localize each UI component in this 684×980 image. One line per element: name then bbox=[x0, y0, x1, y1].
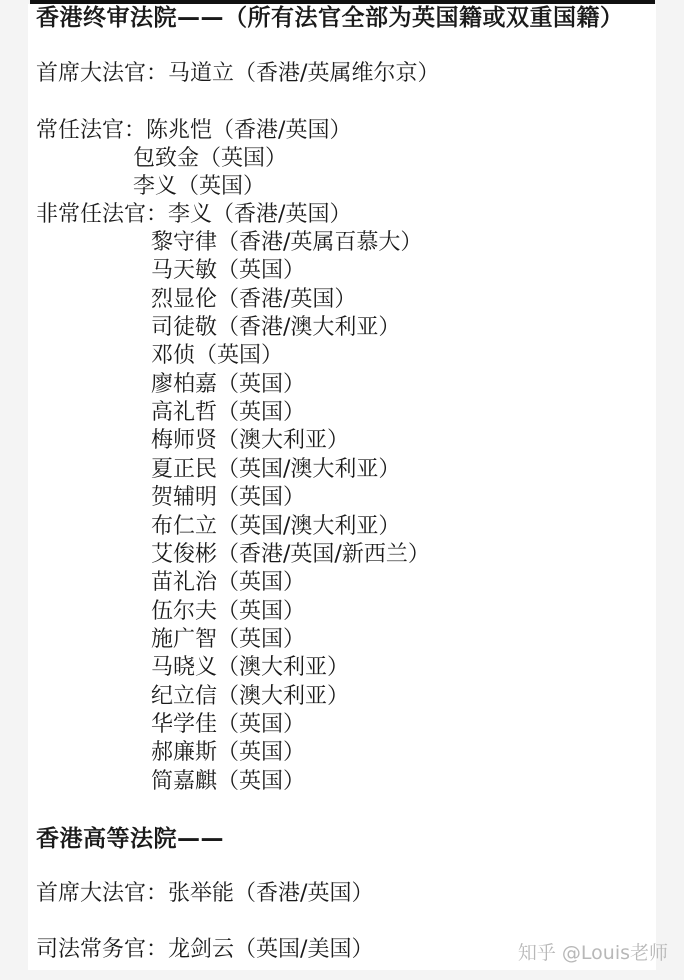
non-permanent-judge-row: 夏正民（英国/澳大利亚） bbox=[151, 456, 400, 484]
non-permanent-judge-row: 梅师贤（澳大利亚） bbox=[151, 427, 349, 455]
non-permanent-judge-row: 贺辅明（英国） bbox=[151, 484, 305, 512]
judge-nationality: （英国/美国） bbox=[234, 937, 373, 962]
judge-name: 黎守律 bbox=[151, 230, 217, 255]
judge-nationality: （英国） bbox=[217, 769, 305, 794]
non-permanent-judge-row: 司徒敬（香港/澳大利亚） bbox=[151, 314, 400, 342]
judge-name: 苗礼治 bbox=[151, 570, 217, 595]
judge-name: 简嘉麒 bbox=[151, 769, 217, 794]
non-permanent-judge-row: 烈显伦（香港/英国） bbox=[151, 286, 356, 314]
judge-nationality: （香港/英国） bbox=[212, 202, 351, 227]
judge-nationality: （英国） bbox=[217, 485, 305, 510]
hc-chief-judge-row: 首席大法官：张举能（香港/英国） bbox=[36, 880, 373, 908]
judge-nationality: （英国/澳大利亚） bbox=[217, 514, 400, 539]
judge-nationality: （香港/澳大利亚） bbox=[217, 315, 400, 340]
judge-nationality: （香港/英国） bbox=[234, 881, 373, 906]
judge-name: 龙剑云 bbox=[168, 937, 234, 962]
judge-name: 郝廉斯 bbox=[151, 740, 217, 765]
judge-nationality: （英国） bbox=[217, 258, 305, 283]
judge-name: 陈兆恺 bbox=[146, 118, 212, 143]
section-title-high-court: 香港高等法院—— bbox=[36, 825, 224, 853]
judge-nationality: （香港/英属百慕大） bbox=[217, 230, 422, 255]
judge-name: 李义 bbox=[133, 174, 177, 199]
role-label: 首席大法官： bbox=[36, 61, 168, 86]
judge-nationality: （英国） bbox=[217, 372, 305, 397]
permanent-judge-row: 包致金（英国） bbox=[133, 145, 287, 173]
role-label: 首席大法官： bbox=[36, 881, 168, 906]
judge-name: 梅师贤 bbox=[151, 428, 217, 453]
judge-name: 伍尔夫 bbox=[151, 599, 217, 624]
judge-nationality: （英国） bbox=[199, 146, 287, 171]
judge-name: 艾俊彬 bbox=[151, 542, 217, 567]
judge-name: 施广智 bbox=[151, 627, 217, 652]
judge-name: 包致金 bbox=[133, 146, 199, 171]
permanent-judge-row: 常任法官：陈兆恺（香港/英国） bbox=[36, 117, 351, 145]
judge-nationality: （英国） bbox=[217, 712, 305, 737]
judge-nationality: （英国） bbox=[217, 599, 305, 624]
judge-nationality: （英国） bbox=[217, 740, 305, 765]
non-permanent-judge-row: 马晓义（澳大利亚） bbox=[151, 654, 349, 682]
judge-nationality: （英国） bbox=[217, 627, 305, 652]
judge-name: 马道立 bbox=[168, 61, 234, 86]
judge-nationality: （香港/英属维尔京） bbox=[234, 61, 439, 86]
hc-registrar-row: 司法常务官：龙剑云（英国/美国） bbox=[36, 936, 373, 964]
judge-nationality: （澳大利亚） bbox=[217, 655, 349, 680]
judge-name: 华学佳 bbox=[151, 712, 217, 737]
judge-nationality: （英国） bbox=[195, 343, 283, 368]
judge-name: 廖柏嘉 bbox=[151, 372, 217, 397]
cfa-chief-justice-row: 首席大法官：马道立（香港/英属维尔京） bbox=[36, 60, 439, 88]
judge-name: 高礼哲 bbox=[151, 400, 217, 425]
judge-nationality: （英国/澳大利亚） bbox=[217, 457, 400, 482]
non-permanent-judge-row: 郝廉斯（英国） bbox=[151, 739, 305, 767]
non-permanent-judge-row: 纪立信（澳大利亚） bbox=[151, 683, 349, 711]
judge-name: 纪立信 bbox=[151, 684, 217, 709]
judge-nationality: （澳大利亚） bbox=[217, 684, 349, 709]
non-permanent-judge-row: 邓侦（英国） bbox=[151, 342, 283, 370]
judge-name: 李义 bbox=[168, 202, 212, 227]
judge-name: 马晓义 bbox=[151, 655, 217, 680]
judge-name: 马天敏 bbox=[151, 258, 217, 283]
judge-name: 布仁立 bbox=[151, 514, 217, 539]
judge-name: 烈显伦 bbox=[151, 287, 217, 312]
judge-nationality: （香港/英国） bbox=[212, 118, 351, 143]
judge-name: 邓侦 bbox=[151, 343, 195, 368]
judge-name: 司徒敬 bbox=[151, 315, 217, 340]
permanent-judge-row: 李义（英国） bbox=[133, 173, 265, 201]
judge-nationality: （澳大利亚） bbox=[217, 428, 349, 453]
role-label: 司法常务官： bbox=[36, 937, 168, 962]
zhihu-watermark: 知乎 @Louis老师 bbox=[518, 938, 668, 965]
judge-name: 张举能 bbox=[168, 881, 234, 906]
judge-name: 贺辅明 bbox=[151, 485, 217, 510]
judge-name: 夏正民 bbox=[151, 457, 217, 482]
judge-nationality: （香港/英国/新西兰） bbox=[217, 542, 430, 567]
role-label: 非常任法官： bbox=[36, 202, 168, 227]
non-permanent-judge-row: 廖柏嘉（英国） bbox=[151, 371, 305, 399]
non-permanent-judge-row: 布仁立（英国/澳大利亚） bbox=[151, 513, 400, 541]
non-permanent-judge-row: 华学佳（英国） bbox=[151, 711, 305, 739]
judge-nationality: （英国） bbox=[217, 570, 305, 595]
non-permanent-judge-row: 简嘉麒（英国） bbox=[151, 768, 305, 796]
non-permanent-judge-row: 非常任法官：李义（香港/英国） bbox=[36, 201, 351, 229]
judge-nationality: （香港/英国） bbox=[217, 287, 356, 312]
non-permanent-judge-row: 施广智（英国） bbox=[151, 626, 305, 654]
role-label: 常任法官： bbox=[36, 118, 146, 143]
section-title-cfa: 香港终审法院——（所有法官全部为英国籍或双重国籍） bbox=[36, 4, 624, 32]
non-permanent-judge-row: 马天敏（英国） bbox=[151, 257, 305, 285]
non-permanent-judge-row: 艾俊彬（香港/英国/新西兰） bbox=[151, 541, 430, 569]
judge-nationality: （英国） bbox=[217, 400, 305, 425]
non-permanent-judge-row: 苗礼治（英国） bbox=[151, 569, 305, 597]
non-permanent-judge-row: 黎守律（香港/英属百慕大） bbox=[151, 229, 422, 257]
non-permanent-judge-row: 高礼哲（英国） bbox=[151, 399, 305, 427]
non-permanent-judge-row: 伍尔夫（英国） bbox=[151, 598, 305, 626]
judge-nationality: （英国） bbox=[177, 174, 265, 199]
